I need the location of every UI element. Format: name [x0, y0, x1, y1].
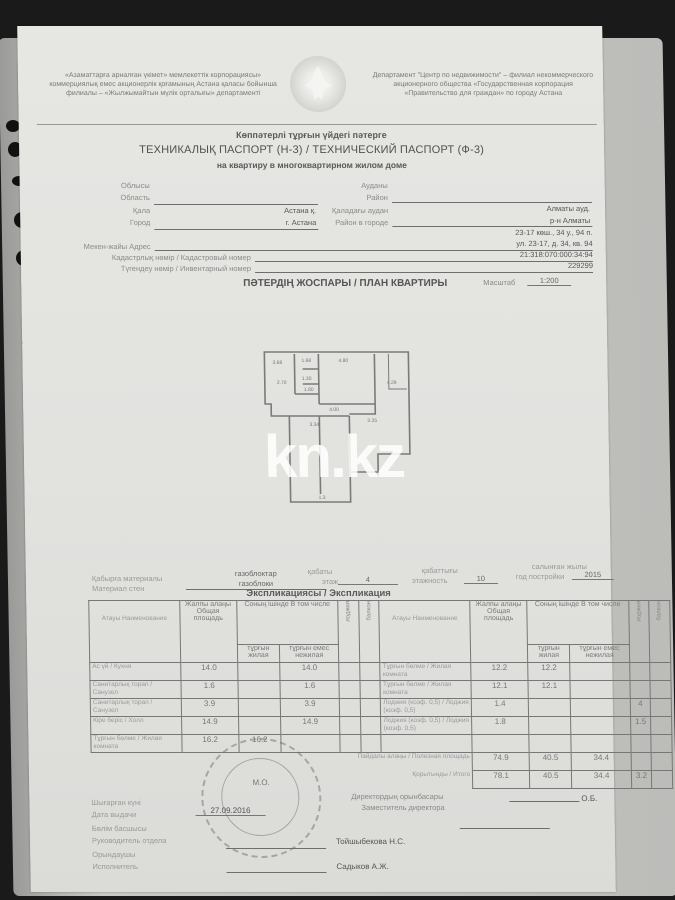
cell-balcony	[651, 735, 672, 753]
col-name-header-2: Атауы Наименование	[379, 601, 471, 663]
cell-loggia	[629, 663, 650, 681]
material-value-ru: газоблоки	[206, 579, 306, 588]
svg-text:2.70: 2.70	[277, 380, 287, 386]
useful-area-row: Пайдалы алаңы / Полезная площадь 74.9 40…	[91, 753, 672, 771]
cell-living	[238, 717, 281, 735]
cell-total	[472, 735, 529, 753]
page-title: ТЕХНИКАЛЫҚ ПАСПОРТ (Н-3) / ТЕХНИЧЕСКИЙ П…	[19, 144, 604, 156]
col-balcony-header: балкон	[366, 601, 372, 620]
cell-total: 14.0	[180, 663, 237, 681]
col-living-header-2: тұрғын жилая	[528, 645, 571, 663]
cell-name: Тұрғын бөлме / Жилая комната	[91, 735, 182, 753]
city-value-kz: Астана қ.	[220, 206, 316, 215]
cell-living	[529, 735, 572, 753]
cadastral-label: Кадастрлық нөмір / Кадастровый номер	[31, 253, 251, 262]
cell-name	[381, 735, 472, 753]
inventory-label: Түгендеу нөмір / Инвентарный номер	[31, 264, 251, 273]
cell-name: Ас үй / Кухня	[90, 663, 181, 681]
col-nonliving-header-2: тұрғын емес нежилая	[570, 645, 630, 663]
col-total-header-2: Жалпы алаңы Общая площадь	[470, 601, 528, 663]
table-row: Санитарлық торап / Санузел3.93.9Лоджия (…	[90, 699, 671, 717]
cell-living: 12.2	[528, 663, 571, 681]
explication-title: Экспликациясы / Экспликация	[26, 588, 611, 599]
scale-value: 1:200	[527, 276, 571, 286]
cell-nonliving	[571, 735, 631, 753]
cell-nonliving	[570, 663, 630, 681]
cell-balcony	[360, 699, 381, 717]
material-label-kz: Қабырға материалы	[92, 574, 163, 583]
cell-nonliving	[570, 681, 630, 699]
col-loggia-header: лоджия	[345, 601, 351, 622]
floors-value: 10	[464, 574, 498, 584]
cell-balcony	[360, 663, 381, 681]
plan-title: ПӘТЕРДІҢ ЖОСПАРЫ / ПЛАН КВАРТИРЫ	[243, 278, 447, 289]
cell-total: 12.2	[471, 663, 528, 681]
deputy-label-kz: Директордың орынбасары	[351, 792, 443, 801]
cell-total: 1.4	[471, 699, 528, 717]
svg-text:4.29: 4.29	[387, 380, 397, 386]
cell-total: 12.1	[471, 681, 528, 699]
head-name: Тойшыбекова Н.С.	[336, 837, 405, 846]
scale-label: Масштаб	[483, 278, 515, 287]
cell-balcony	[361, 735, 382, 753]
city-district-value-ru: р-н Алматы	[490, 216, 590, 225]
district-label-ru: Район	[310, 193, 388, 202]
cell-nonliving: 1.6	[280, 681, 340, 699]
executor-label-kz: Орындаушы	[92, 850, 135, 859]
col-incl-header: Соның ішінде В том числе	[236, 601, 338, 645]
floor-label-kz: қабаты	[308, 567, 333, 576]
header-right-org: Департамент "Центр по недвижимости" – фи…	[368, 71, 598, 98]
cell-name: Санитарлық торап / Санузел	[90, 699, 181, 717]
executor-name: Садыков А.Ж.	[336, 862, 389, 871]
cell-balcony	[360, 681, 381, 699]
cell-loggia	[340, 735, 361, 753]
cell-name: Тұрғын бөлме / Жилая комната	[380, 681, 471, 699]
cell-name: Кіре беріс / Холл	[91, 717, 182, 735]
district-label-kz: Ауданы	[310, 181, 388, 190]
city-value-ru: г. Астана	[220, 218, 316, 227]
inventory-value: 229299	[461, 261, 593, 270]
city-label-kz: Қала	[60, 206, 150, 215]
emblem-icon	[290, 56, 347, 112]
cell-loggia	[339, 663, 360, 681]
cell-living	[238, 699, 281, 717]
cell-balcony	[650, 663, 671, 681]
cell-living	[528, 699, 571, 717]
deputy-name: О.Б.	[581, 794, 597, 803]
cell-loggia: 1.5	[630, 717, 651, 735]
year-value: 2015	[572, 570, 614, 580]
cell-balcony	[651, 717, 672, 735]
col-total-header: Жалпы алаңы Общая площадь	[180, 601, 238, 663]
cell-nonliving	[571, 699, 631, 717]
title-subtitle: на квартиру в многоквартирном жилом доме	[19, 160, 604, 170]
address-value-ru: ул. 23-17, д. 34, кв. 94	[421, 239, 593, 248]
table-row: Санитарлық торап / Санузел1.61.6Тұрғын б…	[90, 681, 671, 699]
cell-loggia	[630, 681, 651, 699]
year-label-ru: год постройки	[516, 572, 565, 581]
svg-text:4.00: 4.00	[329, 407, 339, 413]
city-district-value-kz: Алматы ауд.	[490, 204, 590, 213]
watermark: kn.kz	[263, 422, 404, 491]
cell-loggia	[339, 681, 360, 699]
cell-balcony	[650, 681, 671, 699]
date-label-ru: Дата выдачи	[92, 810, 137, 819]
col-balcony-header-2: балкон	[656, 601, 662, 620]
floors-label-kz: қабаттығы	[422, 566, 458, 575]
svg-text:1.68: 1.68	[301, 358, 311, 364]
cell-living	[529, 717, 572, 735]
stamp-text: М.О.	[203, 778, 319, 787]
cell-loggia	[340, 699, 361, 717]
cell-nonliving: 14.0	[280, 663, 340, 681]
table-row: Ас үй / Кухня14.014.0Тұрғын бөлме / Жила…	[90, 663, 671, 681]
deputy-label-ru: Заместитель директора	[361, 803, 444, 812]
col-incl-header-2: Соның ішінде В том числе	[527, 601, 629, 645]
svg-text:1.3: 1.3	[319, 495, 326, 501]
cell-name: Тұрғын бөлме / Жилая комната	[380, 663, 471, 681]
svg-text:3.68: 3.68	[272, 360, 282, 366]
svg-text:1.30: 1.30	[302, 376, 312, 382]
cell-loggia: 4	[630, 699, 651, 717]
cell-living	[238, 681, 281, 699]
technical-passport-page: «Азаматтарға арналған үкімет» мемлекетті…	[17, 26, 616, 892]
header-left-org: «Азаматтарға арналған үкімет» мемлекетті…	[48, 71, 278, 98]
city-label-ru: Город	[60, 218, 150, 227]
head-label-ru: Руководитель отдела	[92, 836, 167, 845]
col-loggia-header-2: лоджия	[636, 601, 642, 622]
oblys-label-ru: Область	[60, 193, 150, 202]
col-name-header: Атауы Наименование	[89, 601, 181, 663]
col-living-header: тұрғын жилая	[237, 645, 280, 663]
svg-text:1.80: 1.80	[304, 387, 314, 393]
cell-total: 1.6	[181, 681, 238, 699]
floor-label-ru: этаж	[322, 577, 338, 586]
executor-label-ru: Исполнитель	[92, 862, 138, 871]
table-row: Тұрғын бөлме / Жилая комната16.216.2	[91, 735, 672, 753]
explication-table: Атауы Наименование Жалпы алаңы Общая пло…	[88, 600, 673, 789]
head-label-kz: Бөлім басшысы	[92, 824, 147, 833]
material-value-kz: газоблоктар	[206, 569, 306, 578]
cell-total: 3.9	[181, 699, 238, 717]
cell-total: 14.9	[181, 717, 238, 735]
address-value-kz: 23-17 көш., 34 у., 94 п.	[420, 228, 592, 237]
total-row: Қорытынды / Итого 78.1 40.5 34.4 3.2	[91, 771, 672, 789]
cell-name: Лоджия (коэф. 0,5) / Лоджия (коэф. 0,5)	[381, 717, 472, 735]
oblys-label-kz: Облысы	[60, 181, 150, 190]
city-district-label-ru: Район в городе	[310, 218, 388, 227]
cell-total: 1.8	[472, 717, 529, 735]
official-stamp: М.О.	[200, 738, 322, 858]
cell-nonliving: 14.9	[281, 717, 341, 735]
col-nonliving-header: тұрғын емес нежилая	[279, 645, 339, 663]
cell-name: Санитарлық торап / Санузел	[90, 681, 181, 699]
cell-living: 12.1	[528, 681, 571, 699]
cell-balcony	[360, 717, 381, 735]
title-kz: Көппәтерлі тұрғын үйдегі пәтерге	[19, 130, 604, 140]
table-row: Кіре беріс / Холл14.914.9Лоджия (коэф. 0…	[91, 717, 672, 735]
city-district-label-kz: Қаладағы аудан	[310, 206, 388, 215]
cadastral-value: 21:318:070:000:34:94	[461, 250, 593, 259]
address-label: Мекен-жайы Адрес	[31, 242, 151, 251]
cell-loggia	[631, 735, 652, 753]
date-label-kz: Шығарған күні	[91, 798, 140, 807]
cell-living	[237, 663, 280, 681]
cell-nonliving: 3.9	[280, 699, 340, 717]
cell-loggia	[340, 717, 361, 735]
svg-text:4.80: 4.80	[338, 358, 348, 364]
floor-value: 4	[338, 575, 398, 585]
cell-nonliving	[571, 717, 631, 735]
cell-name: Лоджия (коэф. 0,5) / Лоджия (коэф. 0,5)	[381, 699, 472, 717]
cell-balcony	[651, 699, 672, 717]
floors-label-ru: этажность	[412, 576, 448, 585]
